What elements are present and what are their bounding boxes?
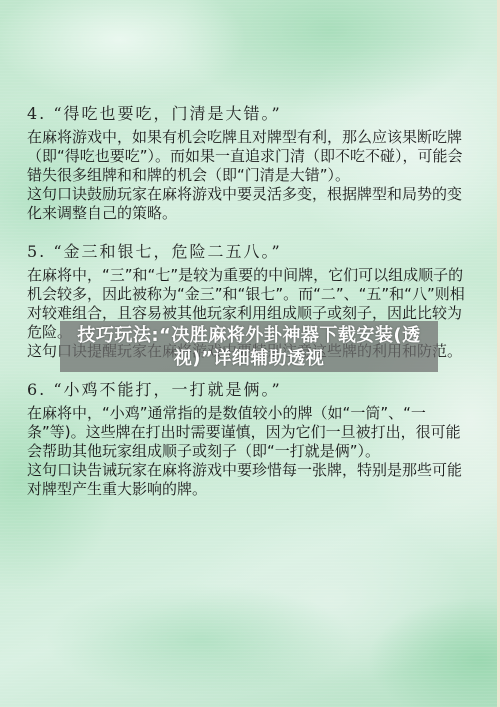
tip-heading: 6. “小鸡不能打，一打就是俩。”	[27, 380, 467, 400]
tip-heading: 5. “金三和银七，危险二五八。”	[27, 242, 467, 262]
tip-paragraph: 在麻将游戏中，如果有机会吃牌且对牌型有利，那么应该果断吃牌（即“得吃也要吃”）。…	[27, 128, 467, 185]
overlay-title: 技巧玩法:“决胜麻将外卦神器下载安装(透视)”详细辅助透视	[68, 324, 430, 370]
tip-paragraph: 在麻将中，“小鸡”通常指的是数值较小的牌（如“一筒”、“一条”等)。这些牌在打出…	[27, 404, 467, 461]
article-body: 4. “得吃也要吃，门清是大错。” 在麻将游戏中，如果有机会吃牌且对牌型有利，那…	[27, 104, 467, 518]
tip-paragraph: 这句口诀鼓励玩家在麻将游戏中要灵活多变，根据牌型和局势的变化来调整自己的策略。	[27, 185, 467, 223]
title-overlay-banner: 技巧玩法:“决胜麻将外卦神器下载安装(透视)”详细辅助透视	[60, 321, 438, 372]
tip-paragraph: 这句口诀告诫玩家在麻将游戏中要珍惜每一张牌，特别是那些可能对牌型产生重大影响的牌…	[27, 461, 467, 499]
tip-heading: 4. “得吃也要吃，门清是大错。”	[27, 104, 467, 124]
tip-section-4: 4. “得吃也要吃，门清是大错。” 在麻将游戏中，如果有机会吃牌且对牌型有利，那…	[27, 104, 467, 223]
tip-section-6: 6. “小鸡不能打，一打就是俩。” 在麻将中，“小鸡”通常指的是数值较小的牌（如…	[27, 380, 467, 499]
